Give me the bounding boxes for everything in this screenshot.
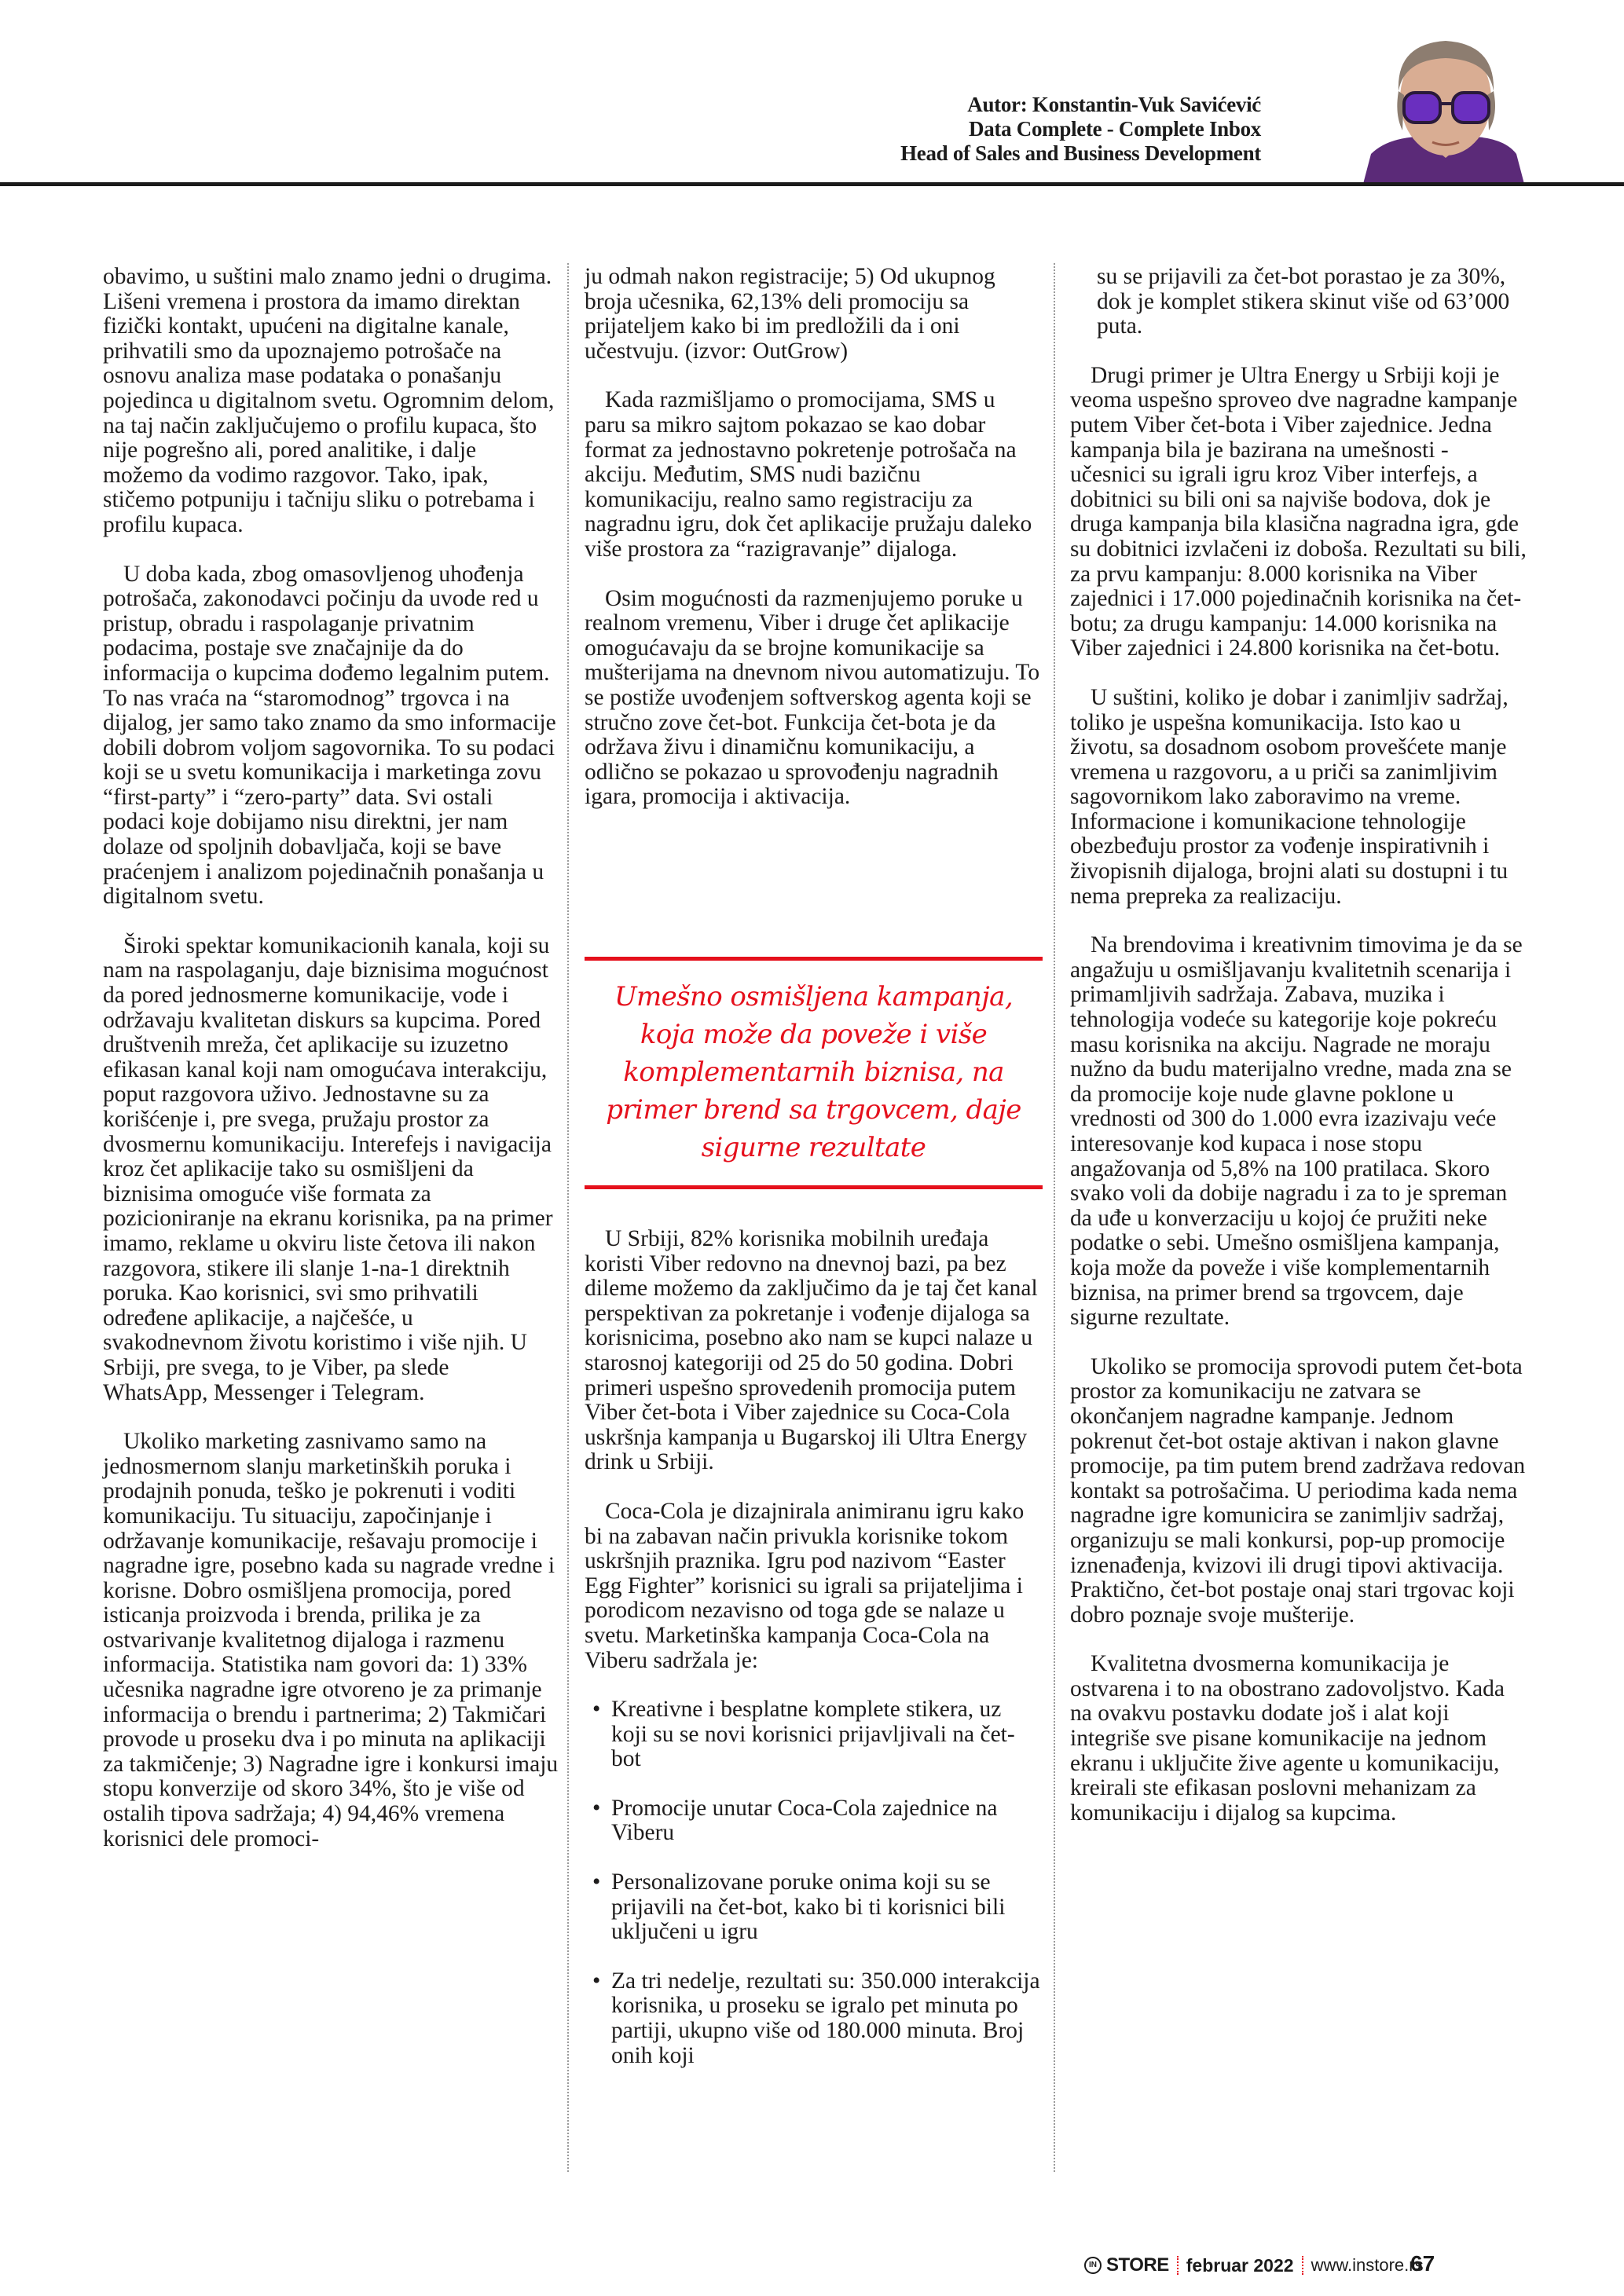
bullet-item: •Za tri nedelje, rezultati su: 350.000 i… — [585, 1969, 1042, 2068]
bullet-item: •Promocije unutar Coca-Cola zajednice na… — [585, 1796, 1042, 1846]
pull-quote: Umešno osmišljena kampanja, koja može da… — [585, 957, 1043, 1189]
footer-separator — [1302, 2256, 1303, 2275]
pull-quote-bottom-rule — [585, 1185, 1043, 1189]
bullet-item: •Personalizovane poruke onima koji su se… — [585, 1870, 1042, 1945]
article-column-2: ju odmah nakon registracije; 5) Od ukupn… — [585, 265, 1042, 834]
paragraph: Drugi primer je Ultra Energy u Srbiji ko… — [1070, 364, 1527, 661]
website-link[interactable]: www.instore.rs — [1311, 2255, 1424, 2276]
issue-date: februar 2022 — [1186, 2255, 1294, 2276]
author-photo — [1355, 20, 1536, 184]
column-divider-1 — [567, 263, 569, 2172]
paragraph: Coca-Cola je dizajnirala animiranu igru … — [585, 1500, 1042, 1673]
paragraph: obavimo, u suštini malo znamo jedni o dr… — [103, 265, 559, 538]
paragraph: Ukoliko marketing zasnivamo samo na jedn… — [103, 1430, 559, 1851]
author-name: Autor: Konstantin-Vuk Savićević — [900, 93, 1261, 117]
campaign-bullet-list: •Kreativne i besplatne komplete stikera,… — [585, 1697, 1042, 2068]
article-column-2-lower: U Srbiji, 82% korisnika mobilnih uređaja… — [585, 1227, 1042, 2093]
paragraph: Kvalitetna dvosmerna komunikacija je ost… — [1070, 1652, 1527, 1825]
bullet-icon: • — [592, 1796, 600, 1822]
instore-logo-icon: IN — [1084, 2257, 1102, 2274]
author-byline: Autor: Konstantin-Vuk Savićević Data Com… — [900, 93, 1261, 166]
pull-quote-text: Umešno osmišljena kampanja, koja može da… — [585, 961, 1043, 1185]
paragraph: U suštini, koliko je dobar i zanimljiv s… — [1070, 686, 1527, 909]
article-column-1: obavimo, u suštini malo znamo jedni o dr… — [103, 265, 559, 1876]
author-company: Data Complete - Complete Inbox — [900, 117, 1261, 141]
column-divider-2 — [1054, 263, 1055, 2172]
header-rule — [0, 182, 1624, 186]
paragraph: Osim mogućnosti da razmenjujemo poruke u… — [585, 587, 1042, 810]
author-portrait-icon — [1355, 20, 1536, 184]
magazine-name: STORE — [1106, 2254, 1169, 2276]
paragraph: ju odmah nakon registracije; 5) Od ukupn… — [585, 265, 1042, 364]
bullet-continuation: su se prijavili za čet-bot porastao je z… — [1070, 265, 1527, 339]
bullet-icon: • — [592, 1969, 600, 1994]
bullet-icon: • — [592, 1697, 600, 1723]
paragraph: Na brendovima i kreativnim timovima je d… — [1070, 933, 1527, 1331]
footer-separator — [1177, 2256, 1179, 2275]
page-footer: IN STORE februar 2022 www.instore.rs — [1084, 2254, 1424, 2276]
bullet-item: •Kreativne i besplatne komplete stikera,… — [585, 1697, 1042, 1772]
author-role: Head of Sales and Business Development — [900, 141, 1261, 166]
bullet-icon: • — [592, 1870, 600, 1895]
article-column-3: su se prijavili za čet-bot porastao je z… — [1070, 265, 1527, 1850]
paragraph: U Srbiji, 82% korisnika mobilnih uređaja… — [585, 1227, 1042, 1475]
paragraph: Ukoliko se promocija sprovodi putem čet-… — [1070, 1355, 1527, 1628]
page-number: 67 — [1410, 2251, 1435, 2276]
paragraph: Kada razmišljamo o promocijama, SMS u pa… — [585, 388, 1042, 562]
paragraph: U doba kada, zbog omasovljenog uhođenja … — [103, 562, 559, 910]
paragraph: Široki spektar komunikacionih kanala, ko… — [103, 934, 559, 1405]
